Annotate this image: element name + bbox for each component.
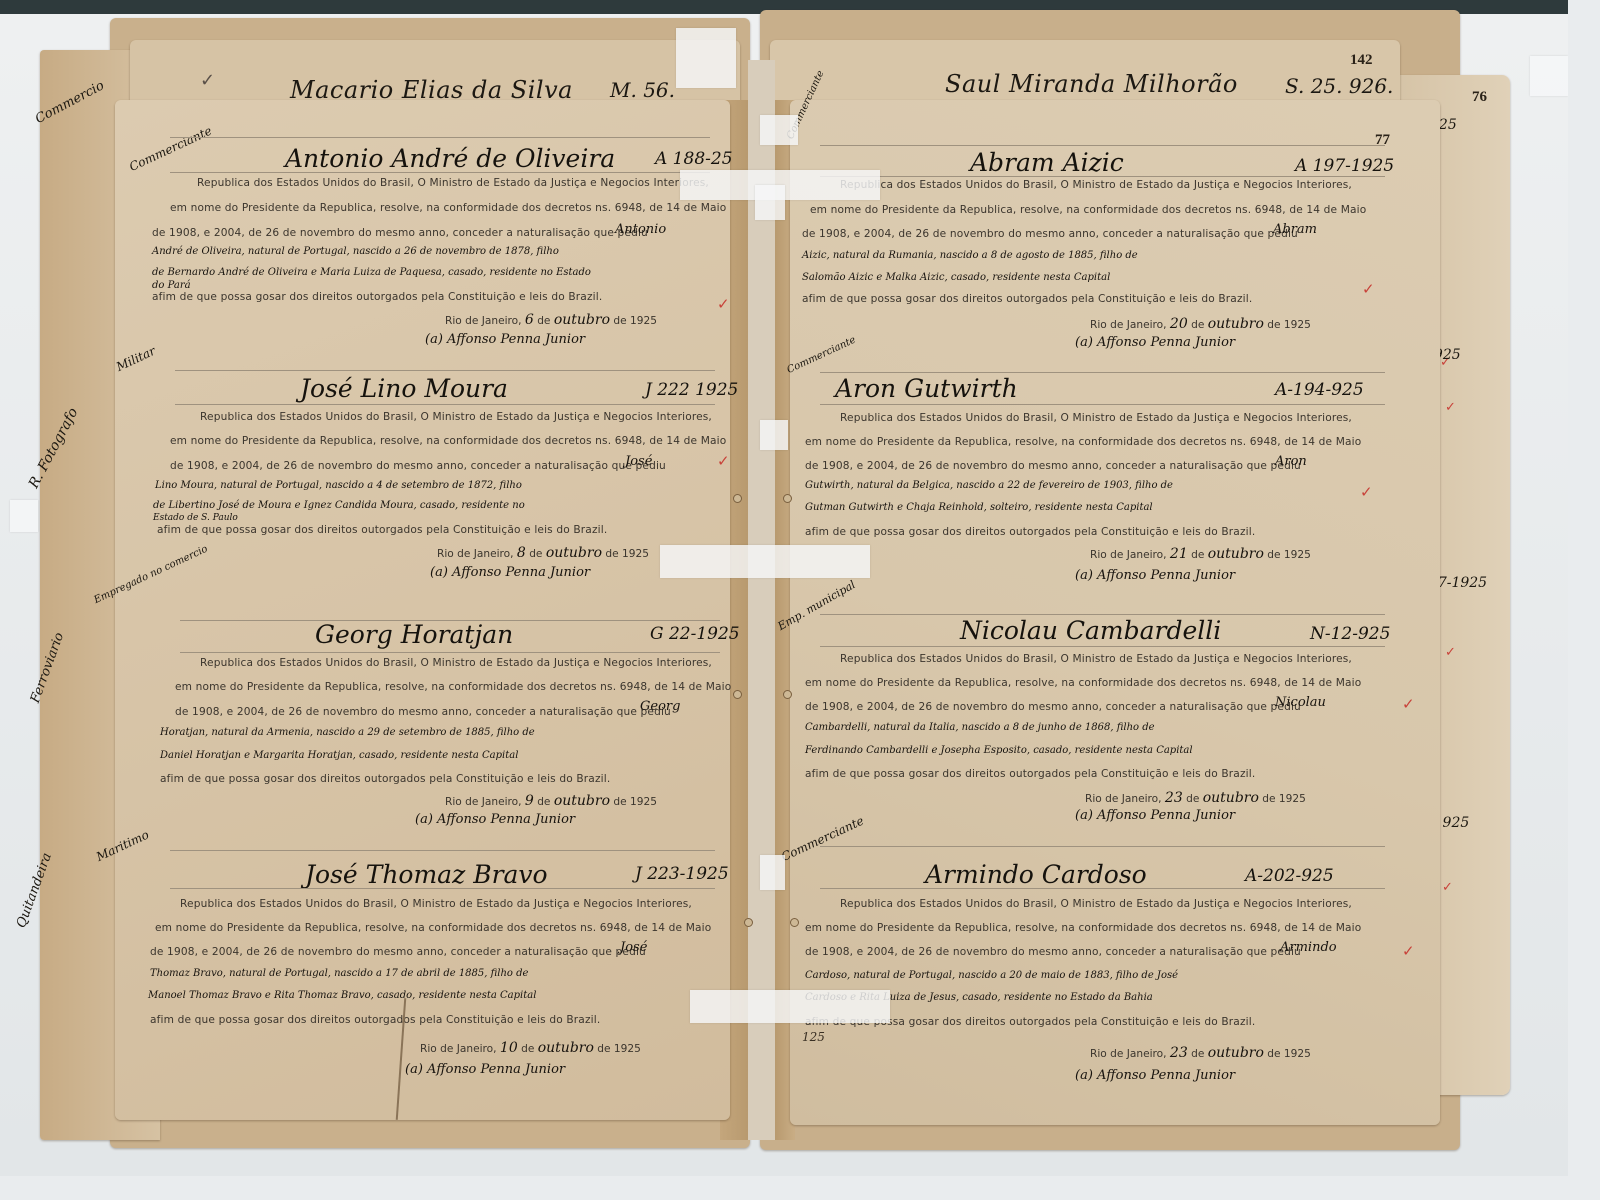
tape-strip — [760, 115, 798, 145]
applicant-name: Nicolau Cambardelli — [960, 616, 1221, 645]
handwritten-text: do Pará — [152, 280, 191, 291]
check-icon: ✓ — [200, 70, 215, 91]
signature: (a) Affonso Penna Junior — [430, 565, 590, 580]
handwritten-text: Aron — [1275, 454, 1307, 469]
handwritten-text: Horatjan, natural da Armenia, nascido a … — [160, 727, 535, 738]
back-right-code: S. 25. 926. — [1285, 74, 1393, 98]
printed-line: afim de que possa gosar dos direitos out… — [802, 293, 1252, 305]
applicant-name: José Lino Moura — [300, 374, 508, 403]
page-number-142: 142 — [1350, 52, 1373, 69]
red-check-icon: ✓ — [1360, 483, 1373, 501]
punch-hole — [783, 690, 792, 699]
profession-note: Commerciante — [127, 124, 214, 174]
handwritten-text: Aizic, natural da Rumania, nascido a 8 d… — [802, 250, 1138, 261]
printed-line: Republica dos Estados Unidos do Brasil, … — [180, 898, 692, 910]
decree-entry: Commerciante Antonio André de Oliveira A… — [115, 100, 730, 350]
printed-line: afim de que possa gosar dos direitos out… — [805, 526, 1255, 538]
tape-strip — [760, 420, 788, 450]
date-line: Rio de Janeiro, 9 de outubro de 1925 — [445, 793, 657, 809]
red-check-icon: ✓ — [717, 295, 730, 313]
handwritten-text: Daniel Horatjan e Margarita Horatjan, ca… — [160, 750, 518, 761]
handwritten-text: Cardoso, natural de Portugal, nascido a … — [805, 970, 1178, 981]
handwritten-text: Armindo — [1280, 940, 1337, 955]
registration-code: J 222 1925 — [645, 380, 738, 400]
punch-hole — [733, 494, 742, 503]
edge-check-icon: ✓ — [1442, 880, 1453, 895]
registration-code: N-12-925 — [1310, 624, 1390, 644]
printed-line: Republica dos Estados Unidos do Brasil, … — [200, 657, 712, 669]
printed-line: afim de que possa gosar dos direitos out… — [160, 773, 610, 785]
printed-line: de 1908, e 2004, de 26 de novembro do me… — [805, 701, 1301, 713]
handwritten-text: André de Oliveira, natural de Portugal, … — [152, 246, 559, 257]
decree-entry: Emp. municipal Nicolau Cambardelli N-12-… — [790, 590, 1440, 830]
handwritten-text: Manoel Thomaz Bravo e Rita Thomaz Bravo,… — [148, 990, 536, 1001]
printed-line: de 1908, e 2004, de 26 de novembro do me… — [175, 706, 671, 718]
date-line: Rio de Janeiro, 6 de outubro de 1925 — [445, 312, 657, 328]
printed-line: em nome do Presidente da Republica, reso… — [805, 677, 1361, 689]
punch-hole — [744, 918, 753, 927]
printed-line: afim de que possa gosar dos direitos out… — [157, 524, 607, 536]
tape-strip — [10, 500, 38, 532]
handwritten-text: de Bernardo André de Oliveira e Maria Lu… — [152, 267, 591, 278]
edge-check-icon: ✓ — [1445, 400, 1456, 415]
handwritten-text: Gutwirth, natural da Belgica, nascido a … — [805, 480, 1173, 491]
printed-line: em nome do Presidente da Republica, reso… — [155, 922, 711, 934]
printed-line: Republica dos Estados Unidos do Brasil, … — [840, 412, 1352, 424]
signature: (a) Affonso Penna Junior — [1075, 568, 1235, 583]
printed-line: afim de que possa gosar dos direitos out… — [805, 768, 1255, 780]
signature: (a) Affonso Penna Junior — [1075, 808, 1235, 823]
red-check-icon: ✓ — [1402, 942, 1415, 960]
tape-strip — [1530, 56, 1568, 96]
printed-line: de 1908, e 2004, de 26 de novembro do me… — [802, 228, 1298, 240]
printed-line: em nome do Presidente da Republica, reso… — [175, 681, 731, 693]
handwritten-text: José — [625, 454, 652, 469]
date-line: Rio de Janeiro, 8 de outubro de 1925 — [437, 545, 649, 561]
tape-strip — [690, 990, 890, 1023]
printed-line: de 1908, e 2004, de 26 de novembro do me… — [150, 946, 646, 958]
punch-hole — [790, 918, 799, 927]
date-line: Rio de Janeiro, 20 de outubro de 1925 — [1090, 316, 1311, 332]
registration-code: G 22-1925 — [650, 624, 740, 644]
printed-line: em nome do Presidente da Republica, reso… — [805, 436, 1361, 448]
handwritten-text: Antonio — [615, 222, 666, 237]
registration-code: A 197-1925 — [1295, 156, 1394, 176]
registration-code: A-194-925 — [1275, 380, 1364, 400]
handwritten-text: Georg — [640, 699, 680, 714]
printed-line: em nome do Presidente da Republica, reso… — [170, 435, 726, 447]
signature: (a) Affonso Penna Junior — [415, 812, 575, 827]
date-line: Rio de Janeiro, 23 de outubro de 1925 — [1090, 1045, 1311, 1061]
left-page: Commerciante Antonio André de Oliveira A… — [115, 100, 730, 1120]
binding-gutter — [748, 60, 775, 1140]
applicant-name: Georg Horatjan — [315, 620, 513, 649]
printed-line: Republica dos Estados Unidos do Brasil, … — [200, 411, 712, 423]
registration-code: A-202-925 — [1245, 866, 1334, 886]
printed-line: Republica dos Estados Unidos do Brasil, … — [840, 179, 1352, 191]
registration-code: A 188-25 — [655, 149, 733, 169]
date-line: Rio de Janeiro, 23 de outubro de 1925 — [1085, 790, 1306, 806]
printed-line: de 1908, e 2004, de 26 de novembro do me… — [152, 227, 648, 239]
decree-entry: Maritimo José Thomaz Bravo J 223-1925 Re… — [115, 830, 730, 1120]
decree-entry: Empregado no comercio Georg Horatjan G 2… — [115, 590, 730, 830]
punch-hole — [733, 690, 742, 699]
reference-number: 125 — [802, 1030, 825, 1044]
handwritten-text: de Libertino José de Moura e Ignez Candi… — [153, 500, 525, 511]
printed-line: de 1908, e 2004, de 26 de novembro do me… — [805, 946, 1301, 958]
handwritten-text: Lino Moura, natural de Portugal, nascido… — [155, 480, 522, 491]
handwritten-text: Salomão Aizic e Malka Aizic, casado, res… — [802, 272, 1110, 283]
signature: (a) Affonso Penna Junior — [425, 332, 585, 347]
printed-line: em nome do Presidente da Republica, reso… — [805, 922, 1361, 934]
printed-line: afim de que possa gosar dos direitos out… — [152, 291, 602, 303]
back-left-code: M. 56. — [610, 78, 675, 102]
page-number-76: 76 — [1472, 89, 1487, 106]
date-line: Rio de Janeiro, 10 de outubro de 1925 — [420, 1040, 641, 1056]
printed-line: afim de que possa gosar dos direitos out… — [150, 1014, 600, 1026]
handwritten-text: Estado de S. Paulo — [153, 513, 238, 523]
decree-entry: Commerciante Armindo Cardoso A-202-925 R… — [790, 830, 1440, 1125]
handwritten-text: Cambardelli, natural da Italia, nascido … — [805, 722, 1155, 733]
printed-line: de 1908, e 2004, de 26 de novembro do me… — [170, 460, 666, 472]
tape-strip — [760, 855, 785, 890]
applicant-name: José Thomaz Bravo — [305, 860, 548, 889]
decree-entry: Commerciante Abram Aizic A 197-1925 Repu… — [790, 100, 1440, 350]
right-page: 77 Commerciante Abram Aizic A 197-1925 R… — [790, 100, 1440, 1125]
red-check-icon: ✓ — [1362, 280, 1375, 298]
registration-code: J 223-1925 — [635, 864, 729, 884]
tape-strip — [755, 185, 785, 220]
back-right-name: Saul Miranda Milhorão — [945, 70, 1238, 98]
handwritten-text: Nicolau — [1275, 695, 1326, 710]
handwritten-text: Thomaz Bravo, natural de Portugal, nasci… — [150, 968, 528, 979]
printed-line: em nome do Presidente da Republica, reso… — [810, 204, 1366, 216]
handwritten-text: Gutman Gutwirth e Chaja Reinhold, soltei… — [805, 502, 1153, 513]
date-line: Rio de Janeiro, 21 de outubro de 1925 — [1090, 546, 1311, 562]
printed-line: Republica dos Estados Unidos do Brasil, … — [840, 898, 1352, 910]
edge-check-icon: ✓ — [1445, 645, 1456, 660]
tape-strip — [676, 28, 736, 88]
handwritten-text: José — [620, 940, 647, 955]
applicant-name: Armindo Cardoso — [925, 860, 1147, 889]
decree-entry: Commerciante Aron Gutwirth A-194-925 Rep… — [790, 350, 1440, 590]
applicant-name: Abram Aizic — [970, 148, 1124, 177]
handwritten-text: Ferdinando Cambardelli e Josepha Esposit… — [805, 745, 1193, 756]
red-check-icon: ✓ — [1402, 695, 1415, 713]
printed-line: Republica dos Estados Unidos do Brasil, … — [197, 177, 709, 189]
printed-line: em nome do Presidente da Republica, reso… — [170, 202, 726, 214]
printed-line: de 1908, e 2004, de 26 de novembro do me… — [805, 460, 1301, 472]
red-check-icon: ✓ — [717, 452, 730, 470]
signature: (a) Affonso Penna Junior — [1075, 335, 1235, 350]
applicant-name: Antonio André de Oliveira — [285, 144, 615, 173]
signature: (a) Affonso Penna Junior — [1075, 1068, 1235, 1083]
applicant-name: Aron Gutwirth — [835, 374, 1018, 403]
printed-line: Republica dos Estados Unidos do Brasil, … — [840, 653, 1352, 665]
punch-hole — [783, 494, 792, 503]
signature: (a) Affonso Penna Junior — [405, 1062, 565, 1077]
tape-strip — [660, 545, 870, 578]
handwritten-text: Abram — [1273, 222, 1317, 237]
